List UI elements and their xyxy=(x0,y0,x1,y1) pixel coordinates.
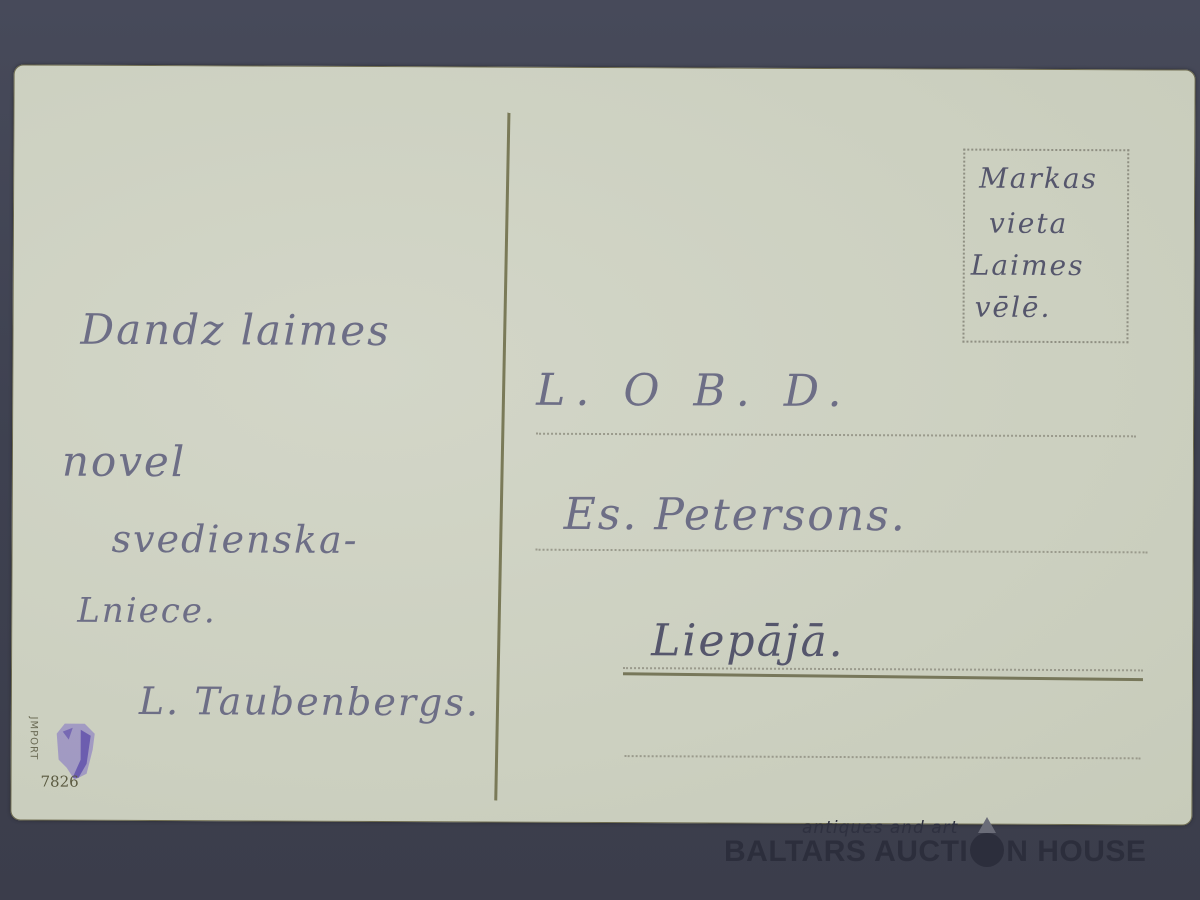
message-line-4: Lniece. xyxy=(77,591,217,632)
message-line-3: svedienska- xyxy=(111,517,358,562)
signature: L. Taubenbergs. xyxy=(139,679,480,724)
auction-house-watermark: antiques and art BALTARS AUCTIN HOUSE xyxy=(724,828,1144,878)
center-divider-line xyxy=(494,113,510,801)
watermark-name-right: N HOUSE xyxy=(1006,835,1146,868)
stamp-text-line-3: Laimes xyxy=(971,249,1085,282)
address-dotted-line-3 xyxy=(623,667,1143,671)
stamp-text-line-4: vēlē. xyxy=(975,291,1052,324)
message-line-2: novel xyxy=(62,437,187,487)
address-line-1: L. O B. D. xyxy=(536,365,851,417)
address-dotted-line-4 xyxy=(625,755,1141,759)
watermark-name-left: BALTARS AUCTI xyxy=(724,835,968,868)
watermark-logo-icon xyxy=(970,833,1004,867)
stamp-text-line-1: Markas xyxy=(979,162,1098,196)
address-line-3: Liepājā. xyxy=(651,615,845,667)
watermark-name: BALTARS AUCTIN HOUSE xyxy=(724,833,1146,869)
postcard: Markas vieta Laimes vēlē. Dandz laimes n… xyxy=(10,64,1195,825)
stamp-text-line-2: vieta xyxy=(989,207,1068,240)
printer-imprint: JMPORT xyxy=(28,716,39,760)
message-line-1: Dandz laimes xyxy=(80,305,390,355)
address-line-2: Es. Petersons. xyxy=(564,489,907,541)
address-underline xyxy=(623,672,1143,681)
address-dotted-line-1 xyxy=(536,433,1136,438)
serial-number: 7826 xyxy=(40,773,78,791)
address-dotted-line-2 xyxy=(536,549,1148,554)
